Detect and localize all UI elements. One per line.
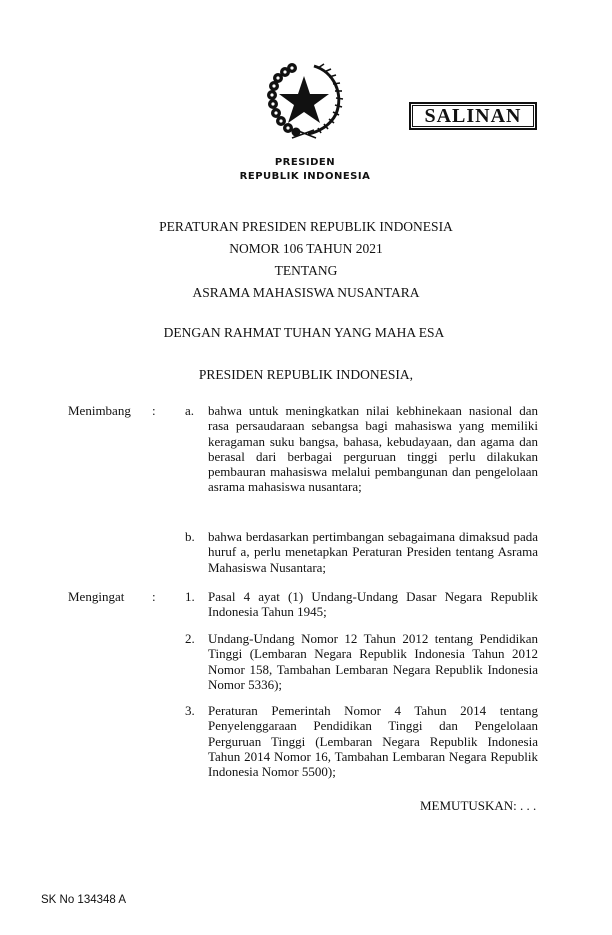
- menimbang-item-b-marker: b.: [185, 529, 195, 544]
- mengingat-item-3-marker: 3.: [185, 703, 195, 718]
- mengingat-label: Mengingat: [68, 589, 124, 604]
- document-serial-number: SK No 134348 A: [41, 894, 126, 906]
- mengingat-item-3: Peraturan Pemerintah Nomor 4 Tahun 2014 …: [208, 703, 538, 779]
- mengingat-item-2: Undang-Undang Nomor 12 Tahun 2012 tentan…: [208, 631, 538, 692]
- menimbang-label: Menimbang: [68, 403, 131, 418]
- continuation-marker: MEMUTUSKAN: . . .: [420, 798, 536, 813]
- mengingat-colon: :: [152, 589, 156, 604]
- title-line-1: PERATURAN PRESIDEN REPUBLIK INDONESIA: [100, 219, 512, 235]
- menimbang-item-a: bahwa untuk meningkatkan nilai kebhineka…: [208, 403, 538, 495]
- issuer: PRESIDEN REPUBLIK INDONESIA,: [100, 367, 512, 383]
- mengingat-item-2-marker: 2.: [185, 631, 195, 646]
- title-line-4: ASRAMA MAHASISWA NUSANTARA: [100, 285, 512, 301]
- state-emblem-icon: [252, 58, 352, 142]
- office-line-2: REPUBLIK INDONESIA: [200, 171, 410, 182]
- invocation: DENGAN RAHMAT TUHAN YANG MAHA ESA: [98, 325, 510, 341]
- office-line-1: PRESIDEN: [200, 157, 410, 168]
- menimbang-colon: :: [152, 403, 156, 418]
- mengingat-item-1: Pasal 4 ayat (1) Undang-Undang Dasar Neg…: [208, 589, 538, 620]
- menimbang-item-b: bahwa berdasarkan pertimbangan sebagaima…: [208, 529, 538, 575]
- title-line-3: TENTANG: [100, 263, 512, 279]
- title-line-2: NOMOR 106 TAHUN 2021: [100, 241, 512, 257]
- salinan-stamp: SALINAN: [409, 102, 537, 130]
- mengingat-item-1-marker: 1.: [185, 589, 195, 604]
- menimbang-item-a-marker: a.: [185, 403, 194, 418]
